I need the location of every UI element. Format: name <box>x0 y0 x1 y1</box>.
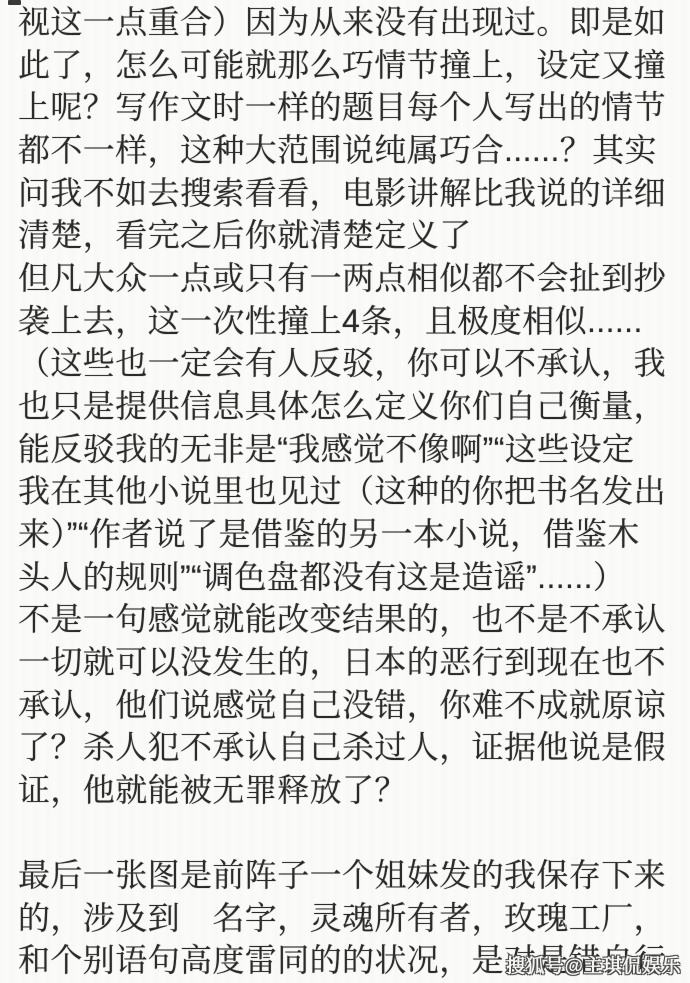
text-line: （这些也一定会有人反驳，你可以不承认，我 <box>18 342 682 385</box>
text-line: 也只是提供信息具体怎么定义你们自己衡量， <box>18 385 682 428</box>
text-line: 来）”“作者说了是借鉴的另一本小说，借鉴木 <box>18 513 682 556</box>
text-line: 我在其他小说里也见过（这种的你把书名发出 <box>18 470 682 513</box>
text-line: 的，涉及到 名字，灵魂所有者，玫瑰工厂， <box>18 897 682 940</box>
text-line: 袭上去，这一次性撞上4条，且极度相似...... <box>18 300 682 343</box>
text-line: 能反驳我的无非是“我感觉不像啊”“这些设定 <box>18 428 682 471</box>
text-line: 此了，怎么可能就那么巧情节撞上，设定又撞 <box>18 44 682 87</box>
text-line: 证，他就能被无罪释放了？ <box>18 769 682 812</box>
text-line: 上呢？写作文时一样的题目每个人写出的情节 <box>18 86 682 129</box>
text-line: 了？杀人犯不承认自己杀过人，证据他说是假 <box>18 726 682 769</box>
text-line: 不是一句感觉就能改变结果的，也不是不承认 <box>18 598 682 641</box>
text-line: 承认，他们说感觉自己没错，你难不成就原谅 <box>18 684 682 727</box>
text-screenshot-page: 视这一点重合）因为从来没有出现过。即是如 此了，怎么可能就那么巧情节撞上，设定又… <box>0 0 690 983</box>
text-line: 都不一样，这种大范围说纯属巧合......？其实 <box>18 129 682 172</box>
text-line: 一切就可以没发生的，日本的恶行到现在也不 <box>18 641 682 684</box>
text-line: 最后一张图是前阵子一个姐妹发的我保存下来 <box>18 854 682 897</box>
sohu-account-watermark: 搜狐号@主琪侃娱乐 <box>506 951 681 978</box>
text-line: 问我不如去搜索看看，电影讲解比我说的详细 <box>18 172 682 215</box>
post-text-block: 视这一点重合）因为从来没有出现过。即是如 此了，怎么可能就那么巧情节撞上，设定又… <box>18 1 682 982</box>
blank-line <box>18 811 682 854</box>
text-line: 头人的规则”“调色盘都没有这是造谣”......） <box>18 556 682 599</box>
text-line: 但凡大众一点或只有一两点相似都不会扯到抄 <box>18 257 682 300</box>
text-line: 清楚，看完之后你就清楚定义了 <box>18 214 682 257</box>
text-line: 视这一点重合）因为从来没有出现过。即是如 <box>18 1 682 44</box>
